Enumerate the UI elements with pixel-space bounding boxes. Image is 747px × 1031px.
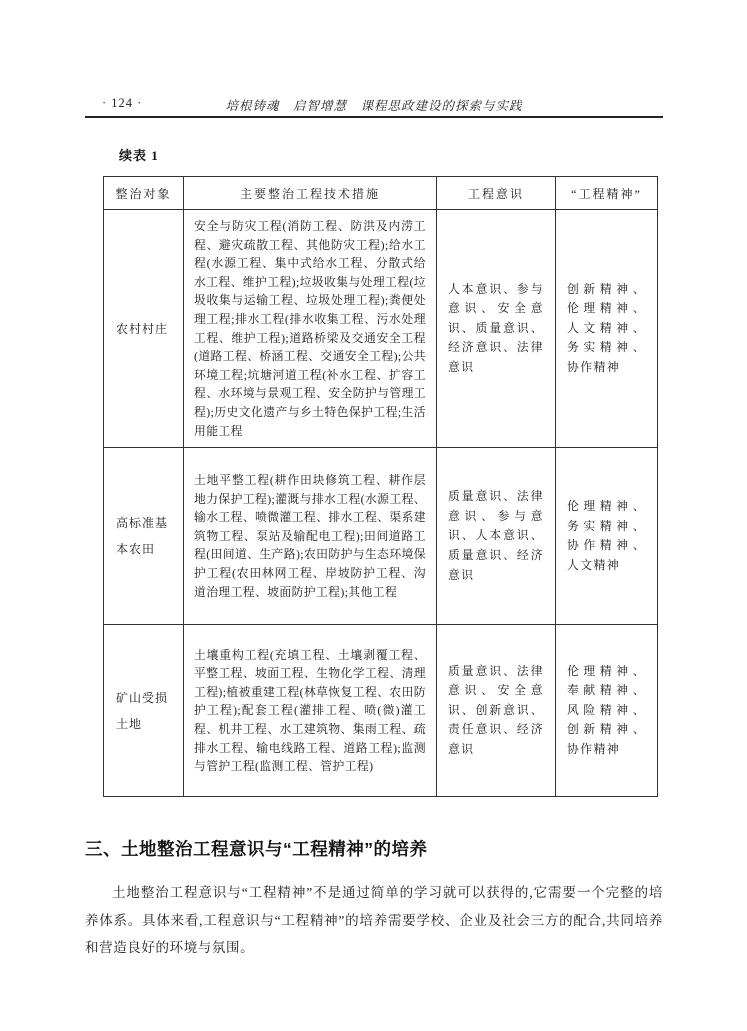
cell-spirit: 伦理精神、奉献精神、风险精神、创新精神、协作精神 <box>556 625 658 797</box>
table-header-row: 整治对象 主要整治工程技术措施 工程意识 “工程精神” <box>104 177 658 210</box>
section-heading: 三、土地整治工程意识与“工程精神”的培养 <box>85 836 663 861</box>
remediation-table: 整治对象 主要整治工程技术措施 工程意识 “工程精神” 农村村庄 安全与防灾工程… <box>103 176 658 797</box>
page-header: · 124 · 培根铸魂 启智增慧 课程思政建设的探索与实践 <box>85 96 663 118</box>
cell-measures: 土壤重构工程(充填工程、土壤剥覆工程、平整工程、坡面工程、生物化学工程、清理工程… <box>184 625 437 797</box>
running-title: 培根铸魂 启智增慧 课程思政建设的探索与实践 <box>85 96 663 114</box>
cell-object: 农村村庄 <box>104 210 184 448</box>
cell-awareness: 质量意识、法律意识、安全意识、创新意识、责任意识、经济意识 <box>437 625 556 797</box>
column-header-spirit: “工程精神” <box>556 177 658 210</box>
table-row: 高标准基本农田 土地平整工程(耕作田块修筑工程、耕作层地力保护工程);灌溉与排水… <box>104 448 658 625</box>
page-number: · 124 · <box>102 96 142 111</box>
column-header-object: 整治对象 <box>104 177 184 210</box>
cell-measures: 安全与防灾工程(消防工程、防洪及内涝工程、避灾疏散工程、其他防灾工程);给水工程… <box>184 210 437 448</box>
cell-measures: 土地平整工程(耕作田块修筑工程、耕作层地力保护工程);灌溉与排水工程(水源工程、… <box>184 448 437 625</box>
book-page: · 124 · 培根铸魂 启智增慧 课程思政建设的探索与实践 续表 1 整治对象… <box>0 0 747 1031</box>
column-header-measures: 主要整治工程技术措施 <box>184 177 437 210</box>
cell-spirit: 创新精神、伦理精神、人文精神、务实精神、协作精神 <box>556 210 658 448</box>
body-paragraph: 土地整治工程意识与“工程精神”不是通过简单的学习就可以获得的,它需要一个完整的培… <box>85 879 663 962</box>
cell-spirit: 伦理精神、务实精神、协作精神、人文精神 <box>556 448 658 625</box>
cell-object: 矿山受损土地 <box>104 625 184 797</box>
cell-awareness: 人本意识、参与意识、安全意识、质量意识、经济意识、法律意识 <box>437 210 556 448</box>
cell-object: 高标准基本农田 <box>104 448 184 625</box>
table-row: 农村村庄 安全与防灾工程(消防工程、防洪及内涝工程、避灾疏散工程、其他防灾工程)… <box>104 210 658 448</box>
cell-awareness: 质量意识、法律意识、参与意识、人本意识、质量意识、经济意识 <box>437 448 556 625</box>
table-row: 矿山受损土地 土壤重构工程(充填工程、土壤剥覆工程、平整工程、坡面工程、生物化学… <box>104 625 658 797</box>
table-caption: 续表 1 <box>119 145 159 164</box>
column-header-awareness: 工程意识 <box>437 177 556 210</box>
